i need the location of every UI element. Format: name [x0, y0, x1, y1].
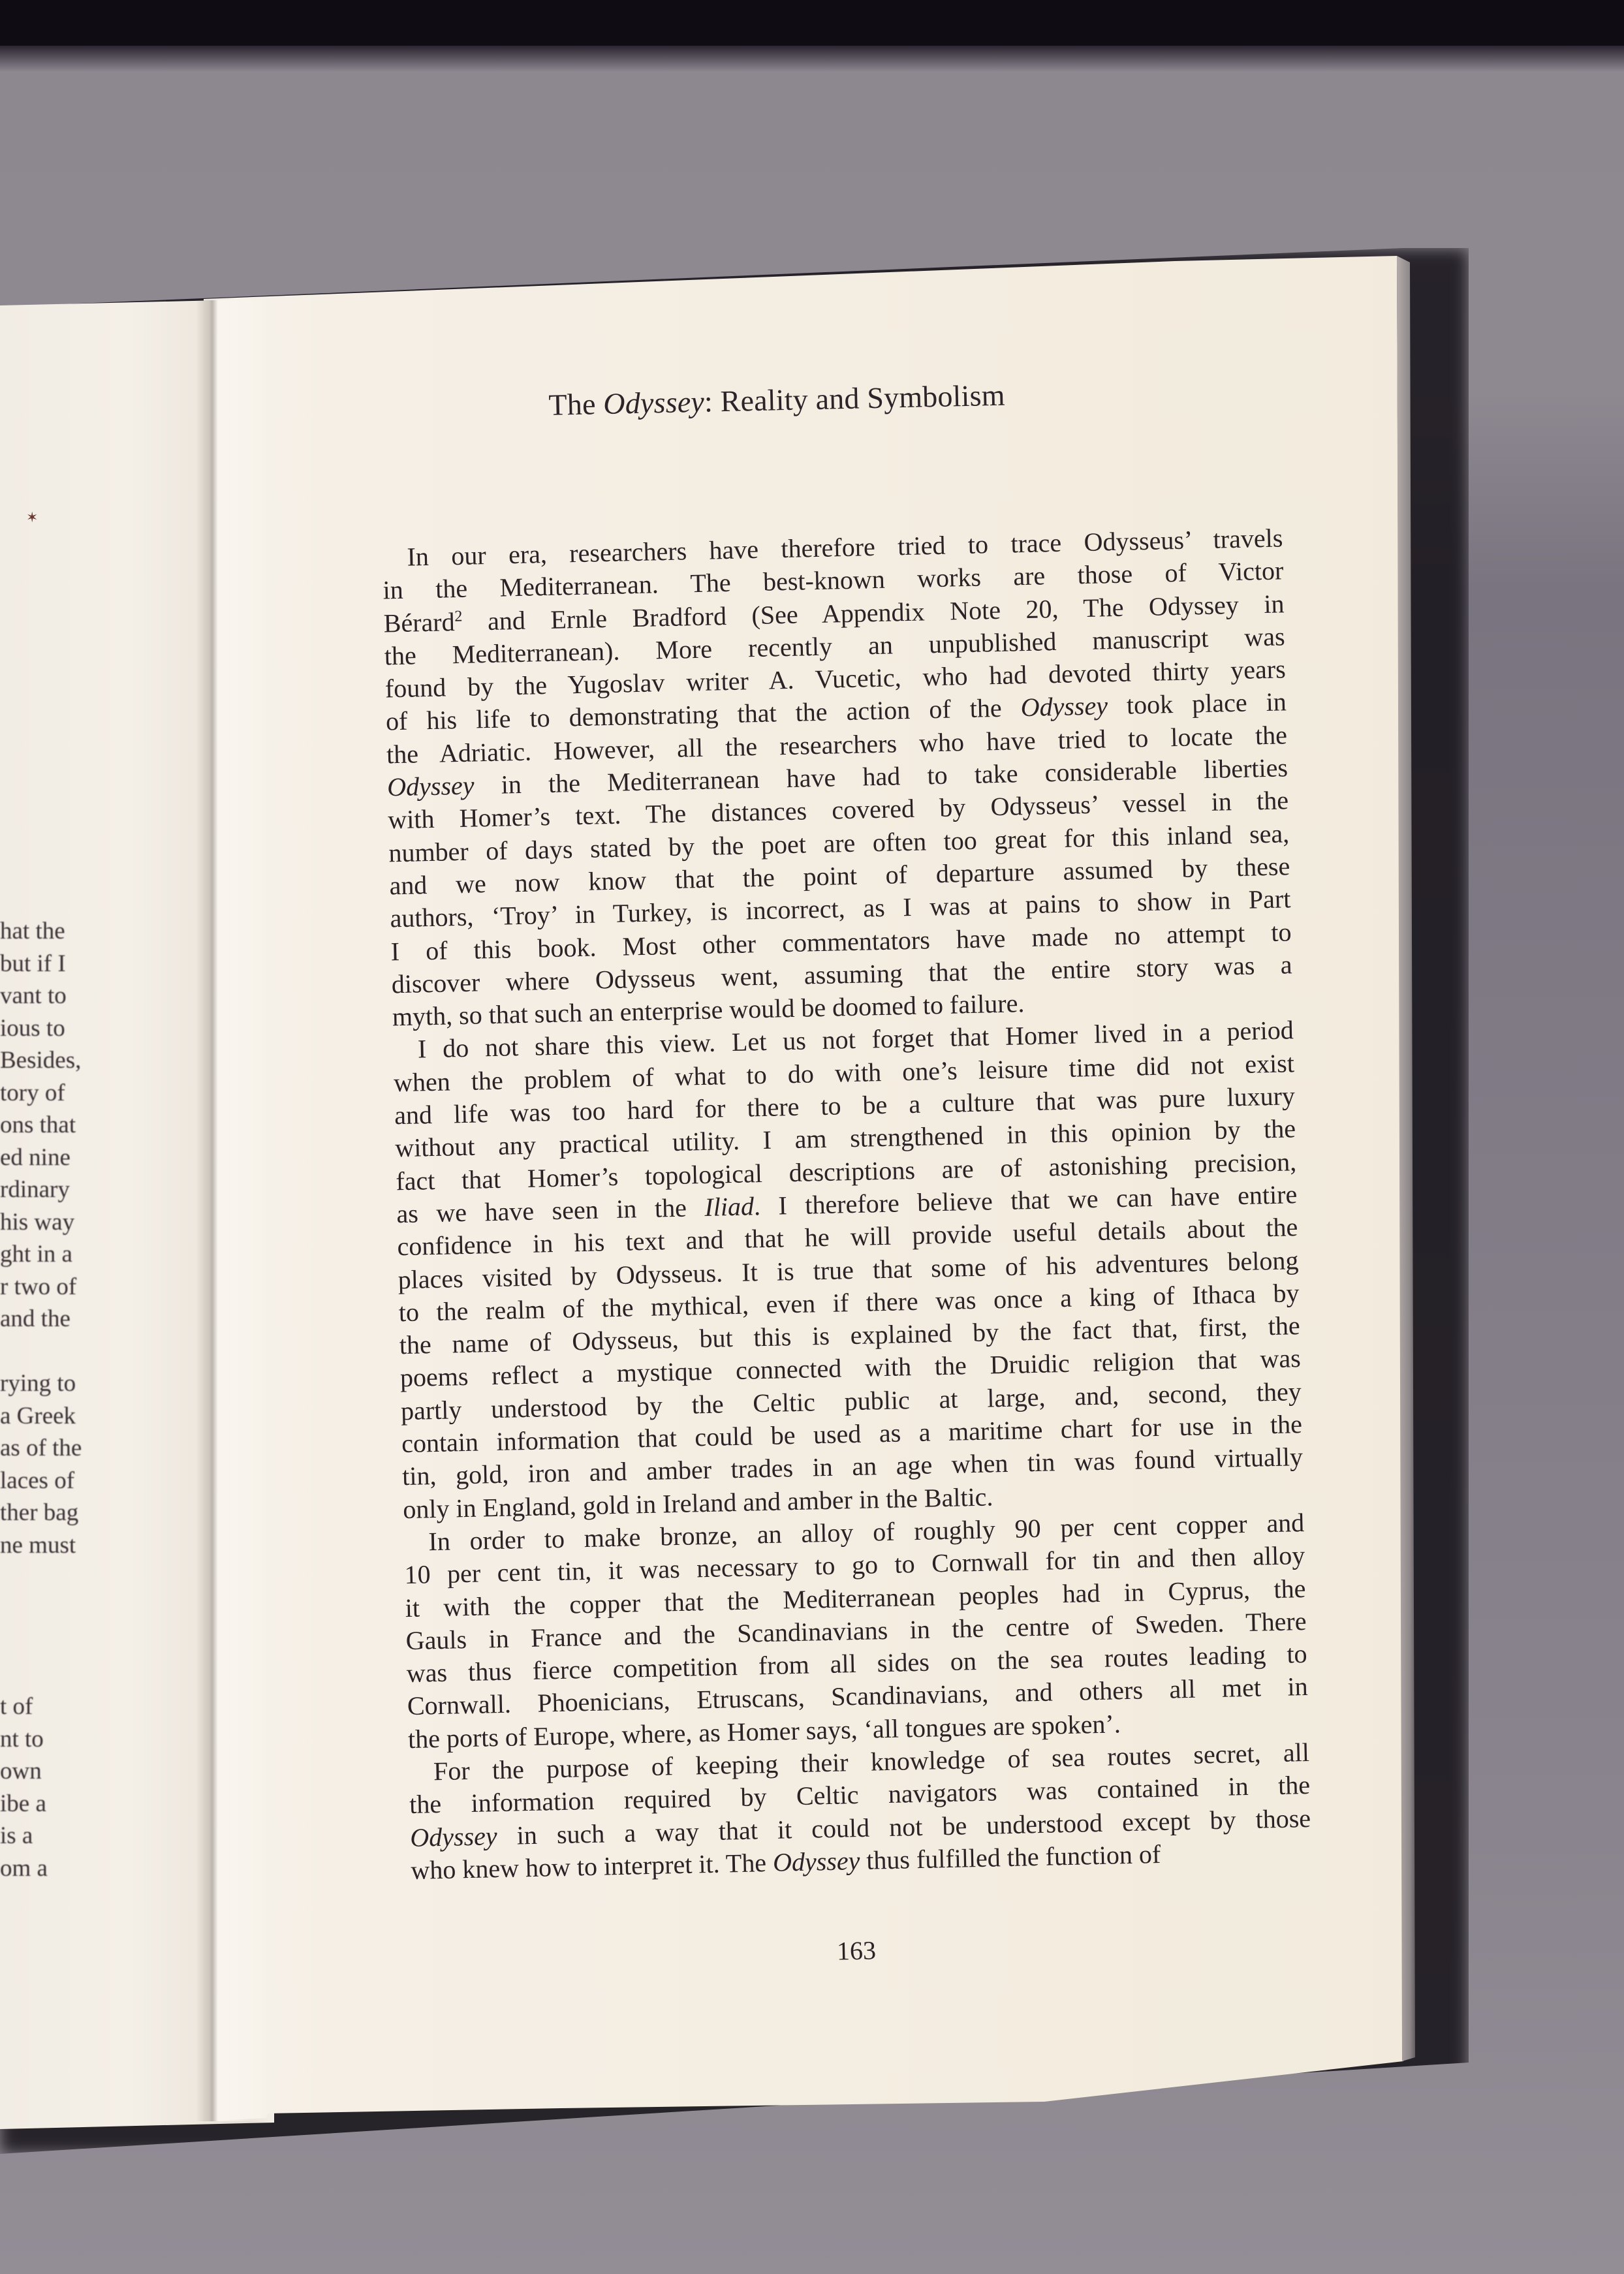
left-page-line-fragment: ther bag — [0, 1499, 78, 1527]
page-number: 163 — [836, 1935, 876, 1966]
left-page-line-fragment: is a — [0, 1822, 33, 1850]
left-page-line-fragment: ed nine — [0, 1144, 70, 1172]
paragraph: For the purpose of keeping their knowled… — [409, 1736, 1312, 1887]
running-head-italic-title: Odyssey — [603, 385, 705, 420]
left-page-line-fragment: rying to — [0, 1369, 76, 1397]
book-spread: hat thebut if Ivant toious toBesides,tor… — [0, 0, 1624, 2274]
left-page-line-fragment: r two of — [0, 1273, 76, 1301]
body-text: In our era, researchers have therefore t… — [382, 522, 1312, 1887]
left-page-line-fragment: vant to — [0, 982, 67, 1010]
running-head-suffix: : Reality and Symbolism — [704, 379, 1005, 418]
left-page-line-fragment: and the — [0, 1305, 70, 1333]
left-page-line-fragment: t of — [0, 1692, 33, 1721]
left-page-line-fragment: as of the — [0, 1434, 82, 1462]
running-head-prefix: The — [548, 387, 604, 422]
left-page-line-fragment: tory of — [0, 1079, 65, 1107]
left-page-line-fragment: laces of — [0, 1467, 74, 1495]
left-page-line-fragment: ibe a — [0, 1790, 46, 1818]
paragraph: In our era, researchers have therefore t… — [382, 522, 1293, 1033]
left-page-line-fragment: om a — [0, 1854, 48, 1882]
book-gutter — [196, 300, 268, 2121]
left-page-line-fragment: hat the — [0, 917, 65, 945]
left-page-line-fragment: own — [0, 1757, 42, 1785]
left-page-line-fragment: ght in a — [0, 1240, 72, 1268]
left-page-line-fragment: nt to — [0, 1725, 44, 1753]
left-page-line-fragment: a Greek — [0, 1402, 76, 1430]
left-page-line-fragment: ious to — [0, 1014, 65, 1042]
ink-mark: ✶ — [26, 509, 38, 526]
paragraph: I do not share this view. Let us not for… — [392, 1014, 1304, 1526]
left-page-line-fragment: ons that — [0, 1111, 76, 1139]
left-page-line-fragment: ne must — [0, 1531, 76, 1559]
left-page-line-fragment: rdinary — [0, 1176, 70, 1204]
left-page-line-fragment: but if I — [0, 950, 66, 978]
paragraph: In order to make bronze, an alloy of rou… — [403, 1506, 1309, 1756]
left-page-line-fragment: his way — [0, 1208, 74, 1236]
left-page-line-fragment: Besides, — [0, 1046, 81, 1074]
